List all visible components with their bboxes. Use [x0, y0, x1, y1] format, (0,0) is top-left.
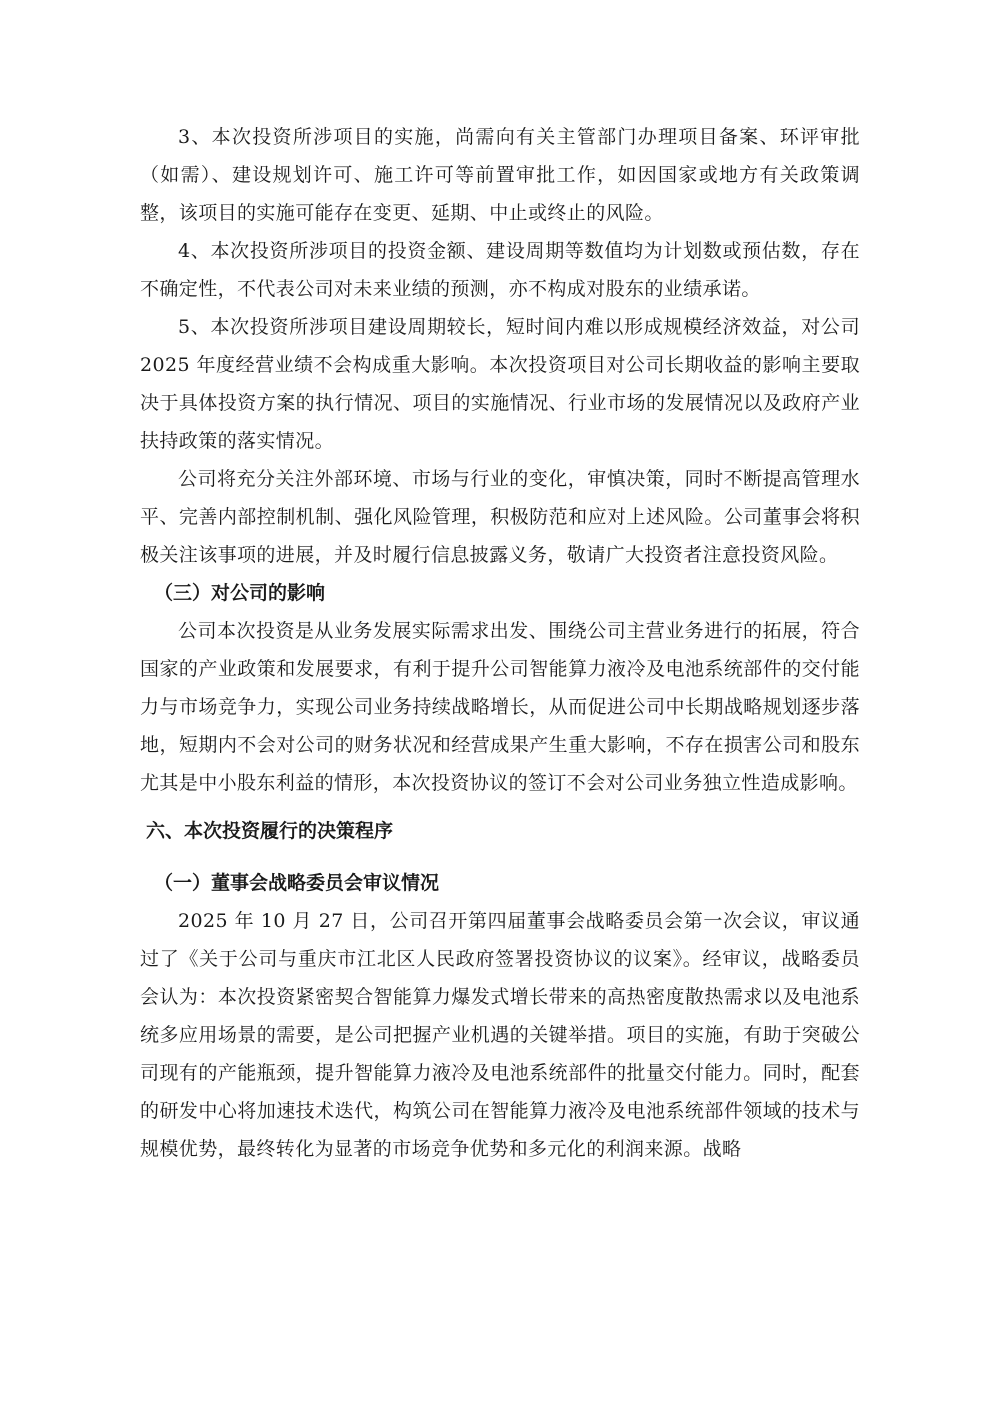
risk-item-3: 3、本次投资所涉项目的实施，尚需向有关主管部门办理项目备案、环评审批（如需）、建… [140, 118, 860, 232]
document-page: 3、本次投资所涉项目的实施，尚需向有关主管部门办理项目备案、环评审批（如需）、建… [140, 118, 860, 1168]
strategy-committee-review-heading: （一）董事会战略委员会审议情况 [140, 864, 860, 902]
risk-item-number: 4、 [178, 240, 210, 262]
risk-item-text: 本次投资所涉项目的投资金额、建设周期等数值均为计划数或预估数，存在不确定性，不代… [140, 240, 860, 300]
risk-conclusion-paragraph: 公司将充分关注外部环境、市场与行业的变化，审慎决策，同时不断提高管理水平、完善内… [140, 460, 860, 574]
section-impact-heading: （三）对公司的影响 [140, 574, 860, 612]
strategy-committee-review-body: 2025 年 10 月 27 日，公司召开第四届董事会战略委员会第一次会议，审议… [140, 902, 860, 1168]
risk-item-text: 本次投资所涉项目的实施，尚需向有关主管部门办理项目备案、环评审批（如需）、建设规… [140, 126, 860, 224]
risk-item-4: 4、本次投资所涉项目的投资金额、建设周期等数值均为计划数或预估数，存在不确定性，… [140, 232, 860, 308]
risk-item-number: 3、 [178, 126, 212, 148]
risk-item-text: 本次投资所涉项目建设周期较长，短时间内难以形成规模经济效益，对公司 2025 年… [140, 316, 860, 452]
section-decision-procedure-heading: 六、本次投资履行的决策程序 [140, 812, 860, 850]
section-impact-body: 公司本次投资是从业务发展实际需求出发、围绕公司主营业务进行的拓展，符合国家的产业… [140, 612, 860, 802]
risk-item-5: 5、本次投资所涉项目建设周期较长，短时间内难以形成规模经济效益，对公司 2025… [140, 308, 860, 460]
risk-item-number: 5、 [178, 316, 210, 338]
